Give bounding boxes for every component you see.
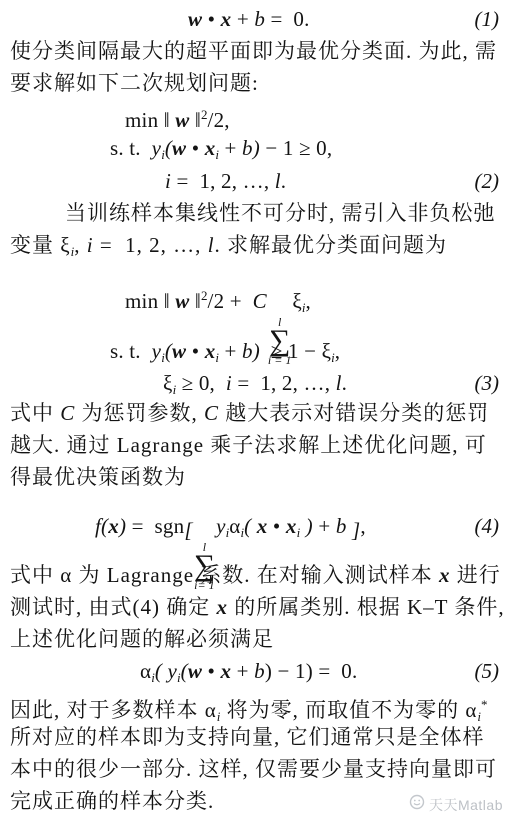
paragraph-line: 要求解如下二次规划问题: <box>10 68 259 98</box>
watermark-label: 天天Matlab <box>429 795 503 815</box>
paragraph-line: 完成正确的样本分类. <box>10 786 214 816</box>
equation-3-line-1: min ‖ w ‖2/2 + Cl∑i = 1ξi, <box>125 268 311 324</box>
paragraph-line: 测试时, 由式(4) 确定 x 的所属类别. 根据 K–T 条件, <box>10 592 505 622</box>
equation-number: (2) <box>475 166 500 196</box>
equation-3-line-2: s. t. yi(w • xi + b) ≥ 1 − ξi, <box>110 336 340 366</box>
equation-number: (3) <box>475 368 500 398</box>
watermark: 天天Matlab <box>409 794 503 815</box>
equation-1: w • x + b = 0. <box>188 4 310 34</box>
paragraph-line: 式中 α 为 Lagrange 系数. 在对输入测试样本 x 进行 <box>10 560 501 590</box>
paragraph-line: 使分类间隔最大的超平面即为最优分类面. 为此, 需 <box>10 36 497 66</box>
paragraph-line: 变量 ξi, i = 1, 2, …, l. 求解最优分类面问题为 <box>10 230 447 260</box>
page: w • x + b = 0.(1)使分类间隔最大的超平面即为最优分类面. 为此,… <box>0 0 509 826</box>
equation-number: (5) <box>475 656 500 686</box>
paragraph-line: 得最优决策函数为 <box>10 462 186 492</box>
watermark-logo-icon <box>409 794 425 815</box>
paragraph-line: 因此, 对于多数样本 αi 将为零, 而取值不为零的 αi* <box>10 690 488 720</box>
equation-5: αi( yi(w • x + b) − 1) = 0. <box>140 656 357 686</box>
equation-2-line-3: i = 1, 2, …, l. <box>165 166 286 196</box>
paragraph-line: 所对应的样本即为支持向量, 它们通常只是全体样 <box>10 722 485 752</box>
equation-2-line-1: min ‖ w ‖2/2, <box>125 100 230 130</box>
paragraph-line: 当训练样本集线性不可分时, 需引入非负松弛 <box>10 198 496 228</box>
equation-number: (4) <box>475 511 500 541</box>
paragraph-line: 式中 C 为惩罚参数, C 越大表示对错误分类的惩罚 <box>10 398 489 428</box>
paragraph-line: 上述优化问题的解必须满足 <box>10 624 274 654</box>
equation-2-line-2: s. t. yi(w • xi + b) − 1 ≥ 0, <box>110 133 332 163</box>
paragraph-line: 本中的很少一部分. 这样, 仅需要少量支持向量即可 <box>10 754 497 784</box>
equation-4: f(x) = sgn[l∑i= 1yiαi( x • xi ) + b ], <box>95 498 366 554</box>
equation-number: (1) <box>475 4 500 34</box>
equation-3-line-3: ξi ≥ 0, i = 1, 2, …, l. <box>163 368 347 398</box>
paragraph-line: 越大. 通过 Lagrange 乘子法求解上述优化问题, 可 <box>10 430 487 460</box>
